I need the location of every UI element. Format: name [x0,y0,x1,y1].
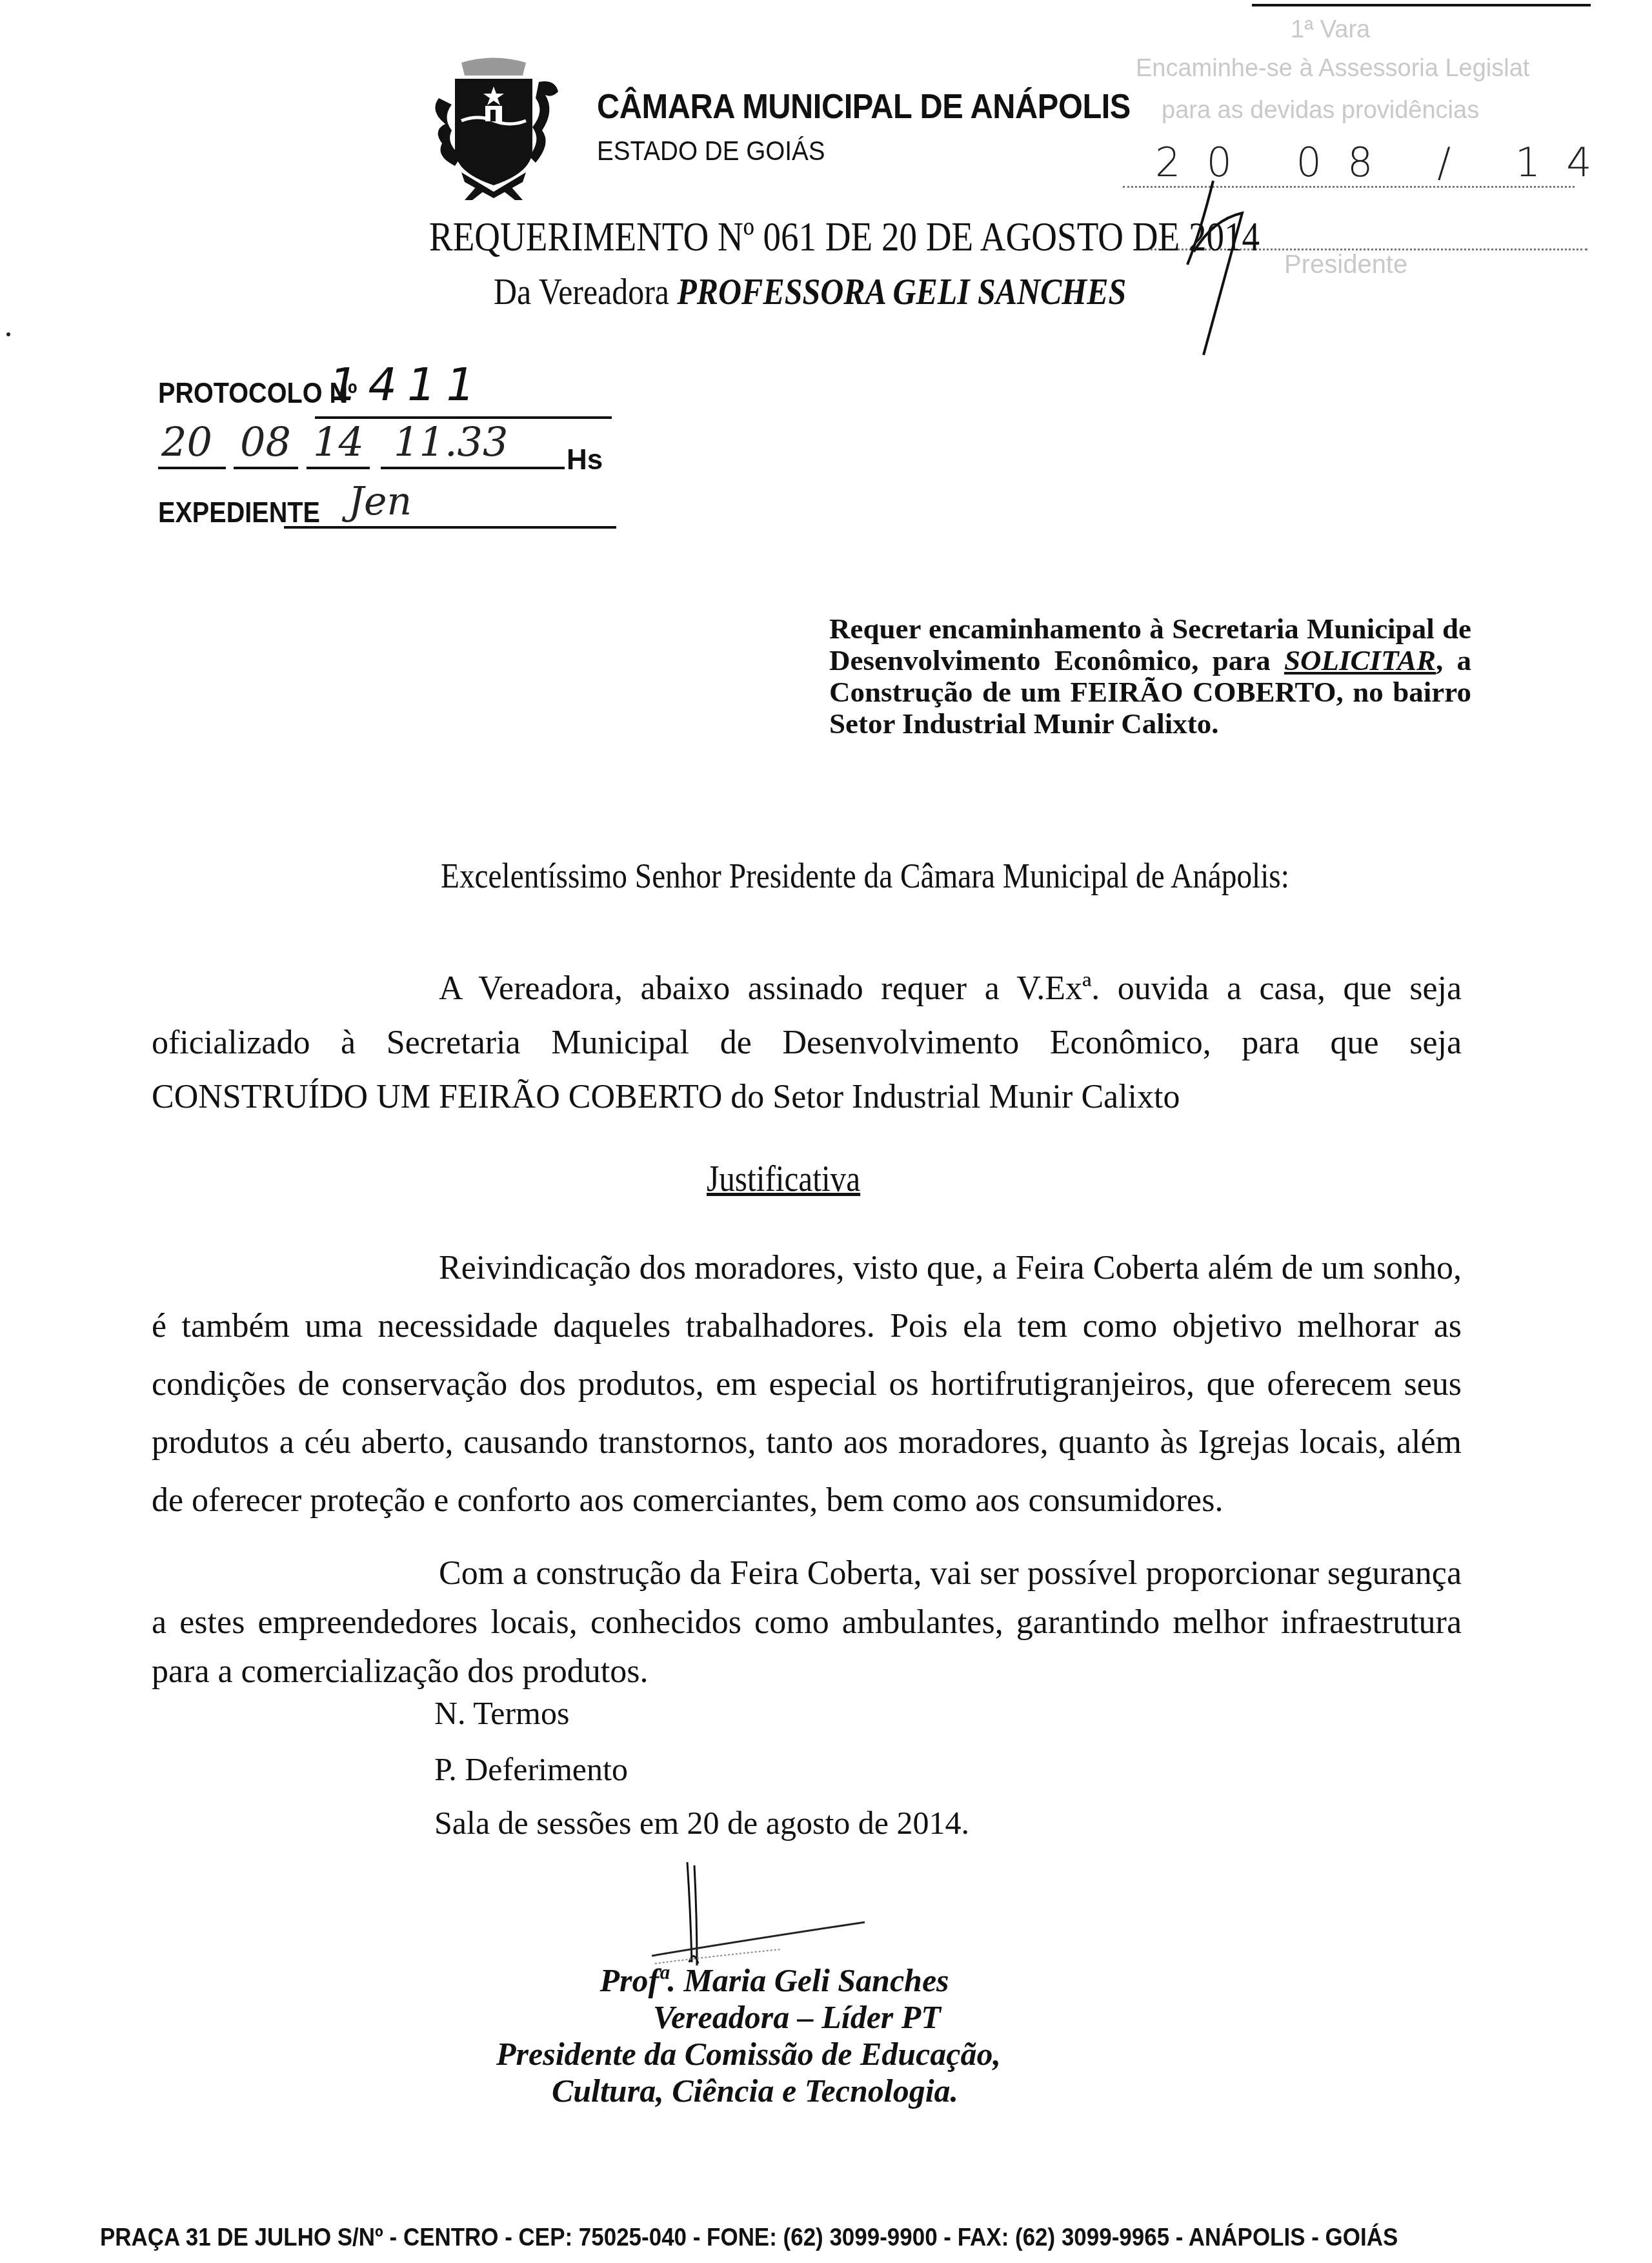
expediente-label: EXPEDIENTE [158,497,320,529]
justification-text-1: Reivindicação dos moradores, visto que, … [152,1250,1462,1519]
justification-paragraph-2: Com a construção da Feira Coberta, vai s… [152,1549,1462,1696]
justification-title: Justificativa [707,1159,860,1200]
summary-emphasis: SOLICITAR [1284,644,1436,676]
protocol-time: 11.33 [394,418,509,465]
organization-state: ESTADO DE GOIÁS [597,136,825,167]
signer-role: Vereadora – Líder PT [426,1999,1071,2036]
date-day-line [158,467,226,469]
scan-speck [6,332,10,336]
request-paragraph: A Vereadora, abaixo assinado requer a V.… [152,962,1462,1124]
closing-place-date: Sala de sessões em 20 de agosto de 2014. [434,1804,969,1842]
stamp-text-line3: para as devidas providências [1162,97,1479,125]
organization-name: CÂMARA MUNICIPAL DE ANÁPOLIS [597,87,1131,127]
protocol-number: 1411 [329,358,485,411]
signer-name: Profª. Maria Geli Sanches [426,1962,1071,1999]
protocol-label: PROTOCOLO Nº [158,378,358,410]
protocol-date-year: 14 [313,418,364,465]
closing-deferment: P. Deferimento [434,1751,628,1788]
salutation: Excelentíssimo Senhor Presidente da Câma… [441,855,1289,896]
footer-address: PRAÇA 31 DE JULHO S/Nº - CENTRO - CEP: 7… [100,2224,1398,2252]
stamp-text-line2: Encaminhe-se à Assessoria Legislat [1136,55,1529,83]
signature-block: Profª. Maria Geli Sanches Vereadora – Lí… [426,1962,1071,2109]
requerimento-title: REQUERIMENTO Nº 061 DE 20 DE AGOSTO DE 2… [429,213,1260,261]
stamp-text-line1: 1ª Vara [1291,16,1370,44]
time-line [381,467,565,469]
stamp-role: Presidente [1284,250,1407,279]
justification-text-2: Com a construção da Feira Coberta, vai s… [152,1555,1462,1690]
closing-terms: N. Termos [434,1694,569,1732]
date-year-line [307,467,370,469]
author-name: PROFESSORA GELI SANCHES [677,270,1126,312]
protocol-date-month: 08 [240,418,291,465]
expediente-initials: Jen [348,479,412,524]
signer-committee-2: Cultura, Ciência e Tecnologia. [426,2073,1071,2109]
request-summary: Requer encaminhamento à Secretaria Munic… [829,613,1471,740]
protocol-date-day: 20 [161,418,212,465]
president-signature-icon [1174,174,1271,361]
requerimento-author: Da Vereadora PROFESSORA GELI SANCHES [494,270,1126,313]
justification-paragraph-1: Reivindicação dos moradores, visto que, … [152,1239,1462,1530]
request-paragraph-text: A Vereadora, abaixo assinado requer a V.… [152,970,1462,1115]
coat-of-arms-icon [426,53,568,201]
hours-label: Hs [567,444,603,476]
date-month-line [234,467,298,469]
expediente-line [284,526,616,529]
author-prefix: Da Vereadora [494,270,669,312]
signer-committee-1: Presidente da Comissão de Educação, [426,2036,1071,2073]
top-rule [1252,4,1591,6]
